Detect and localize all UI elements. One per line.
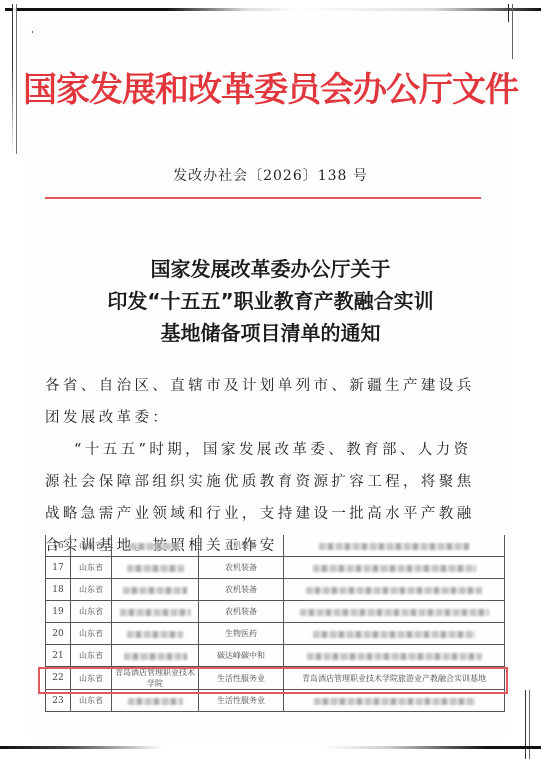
redacted-text (130, 543, 180, 550)
row-number-cell-text: 19 (52, 607, 63, 617)
industry-cell-text: 生活性服务业 (217, 674, 265, 683)
industry-cell: 农机装备 (199, 535, 284, 557)
document-header-title: 国家发展和改革委员会办公厅文件 (0, 62, 541, 111)
row-number-cell: 22 (46, 667, 71, 690)
redacted-text (307, 653, 482, 660)
industry-cell: 碳达峰碳中和 (199, 645, 284, 667)
industry-cell-text: 碳达峰碳中和 (217, 651, 265, 660)
industry-cell: 农机装备 (199, 557, 284, 579)
table-row: 22山东省青岛酒店管理职业技术学院生活性服务业青岛酒店管理职业技术学院旅游业产教… (46, 667, 505, 690)
school-cell (112, 579, 199, 601)
row-number-cell-text: 18 (52, 585, 63, 595)
table-row: 18山东省农机装备 (46, 579, 505, 601)
industry-cell-text: 生物医药 (225, 629, 257, 638)
document-number: 发改办社会〔2026〕138 号 (0, 165, 541, 185)
base-name-cell (284, 579, 505, 601)
industry-cell: 生活性服务业 (199, 667, 284, 690)
province-cell-text: 山东省 (79, 585, 103, 594)
province-cell-text: 山东省 (79, 651, 103, 660)
province-cell: 山东省 (71, 623, 112, 645)
row-number-cell-text: 16 (52, 541, 63, 551)
row-number-cell-text: 17 (52, 563, 63, 573)
industry-cell-text: 农机装备 (225, 541, 257, 550)
notice-title-line-2: 印发“十五五”职业教育产教融合实训 (0, 285, 541, 317)
scan-speck (32, 31, 33, 33)
redacted-text (314, 698, 475, 705)
province-cell-text: 山东省 (79, 629, 103, 638)
frame-bottom-border (0, 746, 541, 749)
industry-cell-text: 农机装备 (225, 585, 257, 594)
province-cell: 山东省 (71, 645, 112, 667)
province-cell-text: 山东省 (79, 607, 103, 616)
industry-cell: 农机装备 (199, 579, 284, 601)
row-number-cell-text: 20 (52, 629, 63, 639)
school-cell (112, 645, 199, 667)
province-cell: 山东省 (71, 535, 112, 557)
notice-title: 国家发展改革委办公厅关于 印发“十五五”职业教育产教融合实训 基地储备项目清单的… (0, 253, 541, 349)
base-name-cell (284, 623, 505, 645)
industry-cell: 生物医药 (199, 623, 284, 645)
notice-title-line-1: 国家发展改革委办公厅关于 (0, 253, 541, 285)
school-cell (112, 535, 199, 557)
province-cell: 山东省 (71, 667, 112, 690)
industry-cell: 生活性服务业 (199, 690, 284, 712)
base-name-cell (284, 557, 505, 579)
frame-top-border (5, 8, 541, 11)
row-number-cell: 20 (46, 623, 71, 645)
industry-cell: 农机装备 (199, 601, 284, 623)
notice-title-line-3: 基地储备项目清单的通知 (0, 317, 541, 349)
province-cell-text: 山东省 (79, 563, 103, 572)
province-cell-text: 山东省 (79, 541, 103, 550)
base-name-cell (284, 645, 505, 667)
school-cell-text: 青岛酒店管理职业技术学院 (115, 668, 195, 688)
row-number-cell-text: 21 (52, 651, 63, 661)
table-row: 17山东省农机装备 (46, 557, 505, 579)
table-row: 19山东省农机装备 (46, 601, 505, 623)
province-cell: 山东省 (71, 579, 112, 601)
base-name-cell-text: 青岛酒店管理职业技术学院旅游业产教融合实训基地 (302, 674, 486, 683)
table-row: 23山东省生活性服务业 (46, 690, 505, 712)
redacted-text (124, 653, 187, 660)
redacted-text (306, 587, 482, 594)
redacted-text (120, 609, 191, 616)
table-row: 16山东省农机装备 (46, 535, 505, 557)
base-name-cell (284, 535, 505, 557)
province-cell: 山东省 (71, 557, 112, 579)
base-name-cell: 青岛酒店管理职业技术学院旅游业产教融合实训基地 (284, 667, 505, 690)
province-cell-text: 山东省 (79, 696, 103, 705)
school-cell (112, 690, 199, 712)
redacted-text (319, 543, 469, 550)
row-number-cell-text: 22 (52, 673, 63, 683)
project-list-table: 16山东省农机装备17山东省农机装备18山东省农机装备19山东省农机装备20山东… (45, 535, 505, 712)
redacted-text (127, 565, 184, 572)
redacted-text (128, 698, 183, 705)
row-number-cell-text: 23 (52, 696, 63, 706)
redacted-text (123, 587, 187, 594)
school-cell: 青岛酒店管理职业技术学院 (112, 667, 199, 690)
redacted-text (127, 631, 183, 638)
school-cell (112, 623, 199, 645)
row-number-cell: 21 (46, 645, 71, 667)
table-row: 21山东省碳达峰碳中和 (46, 645, 505, 667)
table-row: 20山东省生物医药 (46, 623, 505, 645)
row-number-cell: 19 (46, 601, 71, 623)
province-cell: 山东省 (71, 601, 112, 623)
row-number-cell: 18 (46, 579, 71, 601)
row-number-cell: 16 (46, 535, 71, 557)
industry-cell-text: 生活性服务业 (217, 696, 265, 705)
redacted-text (300, 609, 489, 616)
province-cell: 山东省 (71, 690, 112, 712)
salutation: 各省、自治区、直辖市及计划单列市、新疆生产建设兵团发展改革委： (45, 370, 485, 434)
school-cell (112, 557, 199, 579)
base-name-cell (284, 601, 505, 623)
row-number-cell: 17 (46, 557, 71, 579)
province-cell-text: 山东省 (79, 674, 103, 683)
red-divider-line (45, 197, 481, 199)
school-cell (112, 601, 199, 623)
base-name-cell (284, 690, 505, 712)
industry-cell-text: 农机装备 (225, 607, 257, 616)
row-number-cell: 23 (46, 690, 71, 712)
redacted-text (313, 631, 475, 638)
industry-cell-text: 农机装备 (225, 563, 257, 572)
redacted-text (313, 565, 476, 572)
